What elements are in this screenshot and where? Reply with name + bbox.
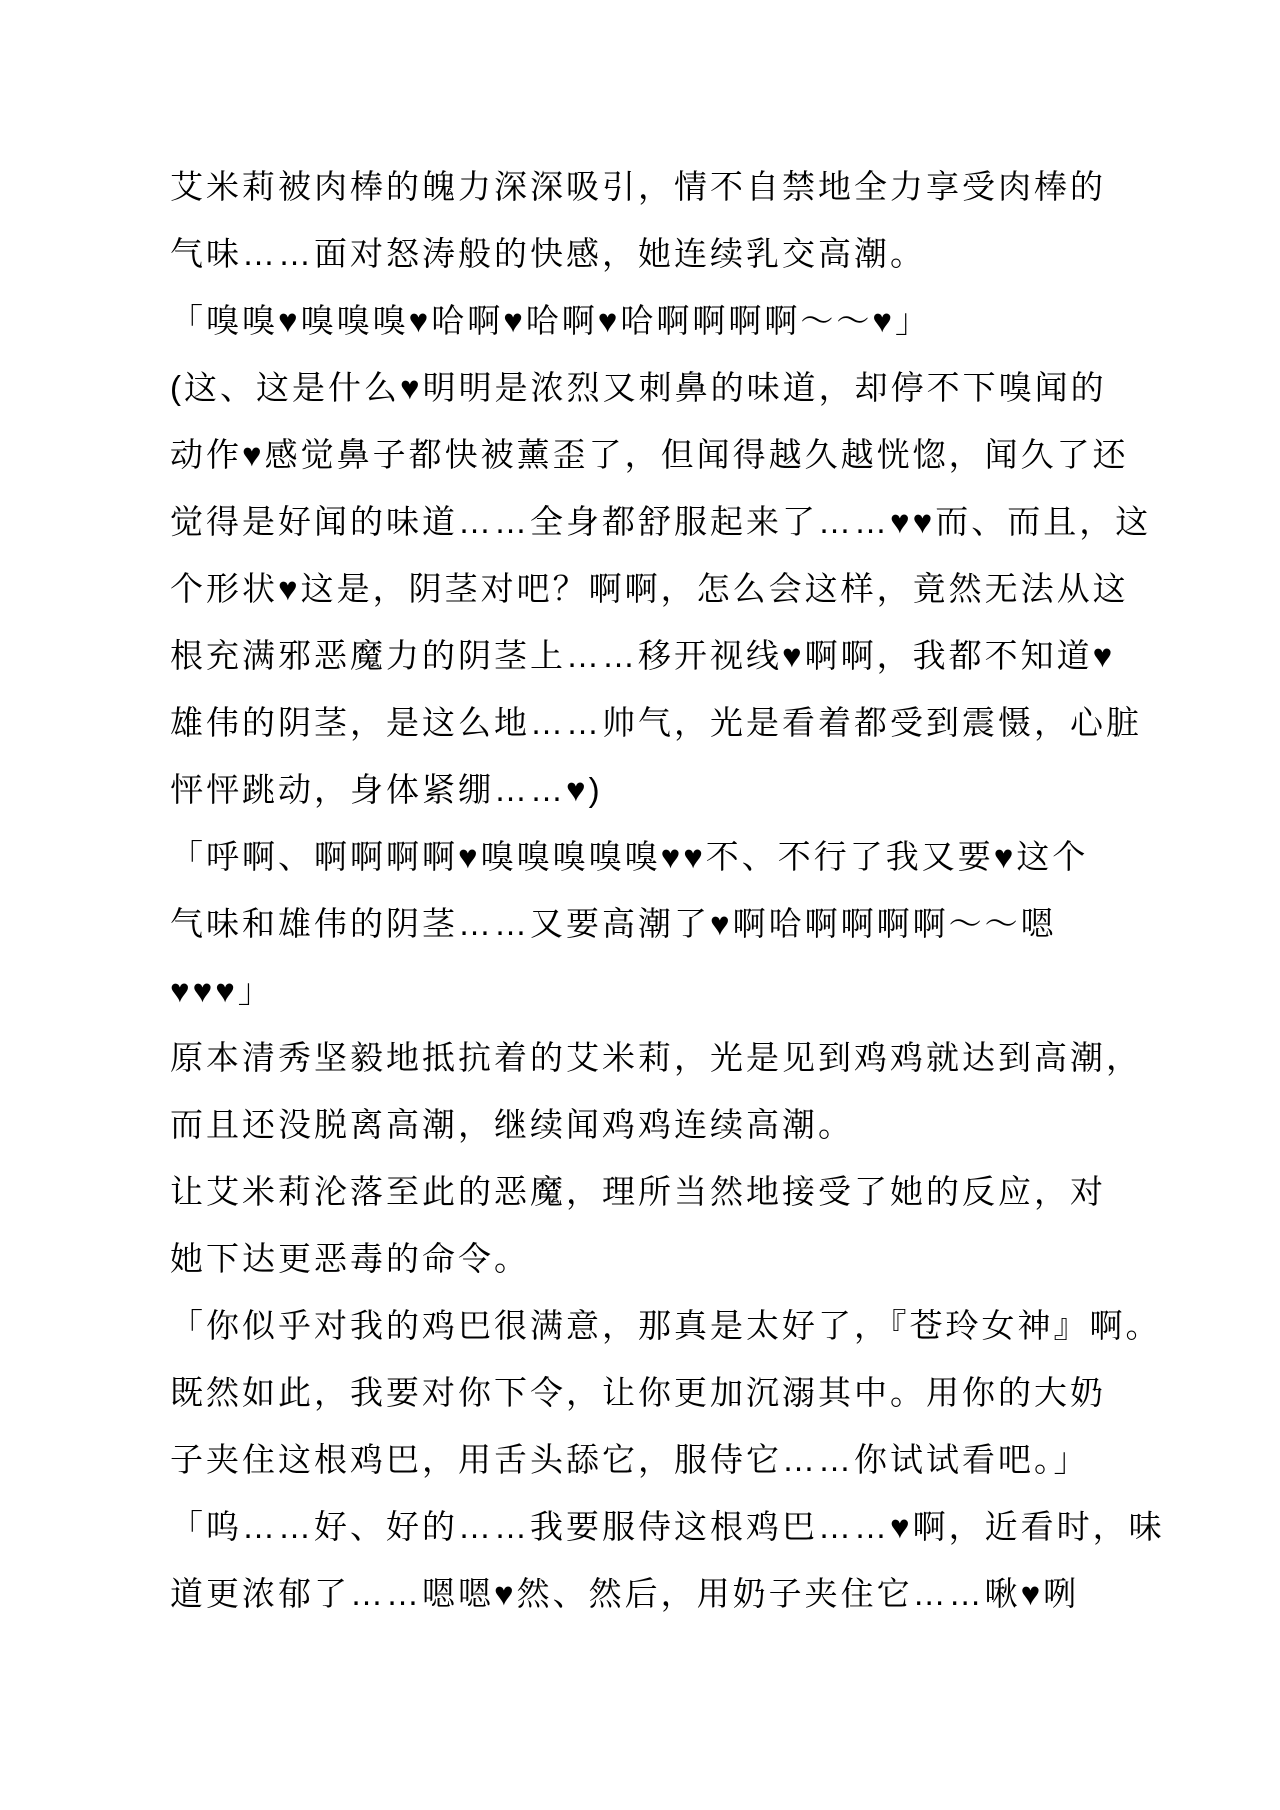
text-line: 既然如此，我要对你下令，让你更加沉溺其中。用你的大奶 bbox=[170, 1359, 1120, 1426]
text-line: 根充满邪恶魔力的阴茎上……移开视线♥啊啊，我都不知道♥ bbox=[170, 622, 1120, 689]
text-line: 怦怦跳动，身体紧绷……♥) bbox=[170, 756, 1120, 823]
text-line: 艾米莉被肉棒的魄力深深吸引，情不自禁地全力享受肉棒的 bbox=[170, 153, 1120, 220]
text-line: 原本清秀坚毅地抵抗着的艾米莉，光是见到鸡鸡就达到高潮， bbox=[170, 1024, 1120, 1091]
text-line: 动作♥感觉鼻子都快被薰歪了，但闻得越久越恍惚，闻久了还 bbox=[170, 421, 1120, 488]
text-line: (这、这是什么♥明明是浓烈又刺鼻的味道，却停不下嗅闻的 bbox=[170, 354, 1120, 421]
text-line: 子夹住这根鸡巴，用舌头舔它，服侍它……你试试看吧。」 bbox=[170, 1426, 1120, 1493]
document-page: 艾米莉被肉棒的魄力深深吸引，情不自禁地全力享受肉棒的 气味……面对怒涛般的快感，… bbox=[170, 153, 1120, 1627]
text-line: ♥♥♥」 bbox=[170, 957, 1120, 1024]
text-line: 觉得是好闻的味道……全身都舒服起来了……♥♥而、而且，这 bbox=[170, 488, 1120, 555]
text-line: 而且还没脱离高潮，继续闻鸡鸡连续高潮。 bbox=[170, 1091, 1120, 1158]
text-line: 个形状♥这是，阴茎对吧？啊啊，怎么会这样，竟然无法从这 bbox=[170, 555, 1120, 622]
text-line: 「呼啊、啊啊啊啊♥嗅嗅嗅嗅嗅♥♥不、不行了我又要♥这个 bbox=[170, 823, 1120, 890]
text-line: 「你似乎对我的鸡巴很满意，那真是太好了，『苍玲女神』啊。 bbox=[170, 1292, 1120, 1359]
text-line: 气味和雄伟的阴茎……又要高潮了♥啊哈啊啊啊啊～～嗯 bbox=[170, 890, 1120, 957]
text-line: 气味……面对怒涛般的快感，她连续乳交高潮。 bbox=[170, 220, 1120, 287]
text-line: 让艾米莉沦落至此的恶魔，理所当然地接受了她的反应，对 bbox=[170, 1158, 1120, 1225]
text-line: 「嗅嗅♥嗅嗅嗅♥哈啊♥哈啊♥哈啊啊啊啊～～♥」 bbox=[170, 287, 1120, 354]
text-line: 道更浓郁了……嗯嗯♥然、然后，用奶子夹住它……啾♥咧 bbox=[170, 1560, 1120, 1627]
text-line: 雄伟的阴茎，是这么地……帅气，光是看着都受到震慑，心脏 bbox=[170, 689, 1120, 756]
text-line: 「呜……好、好的……我要服侍这根鸡巴……♥啊，近看时，味 bbox=[170, 1493, 1120, 1560]
text-line: 她下达更恶毒的命令。 bbox=[170, 1225, 1120, 1292]
